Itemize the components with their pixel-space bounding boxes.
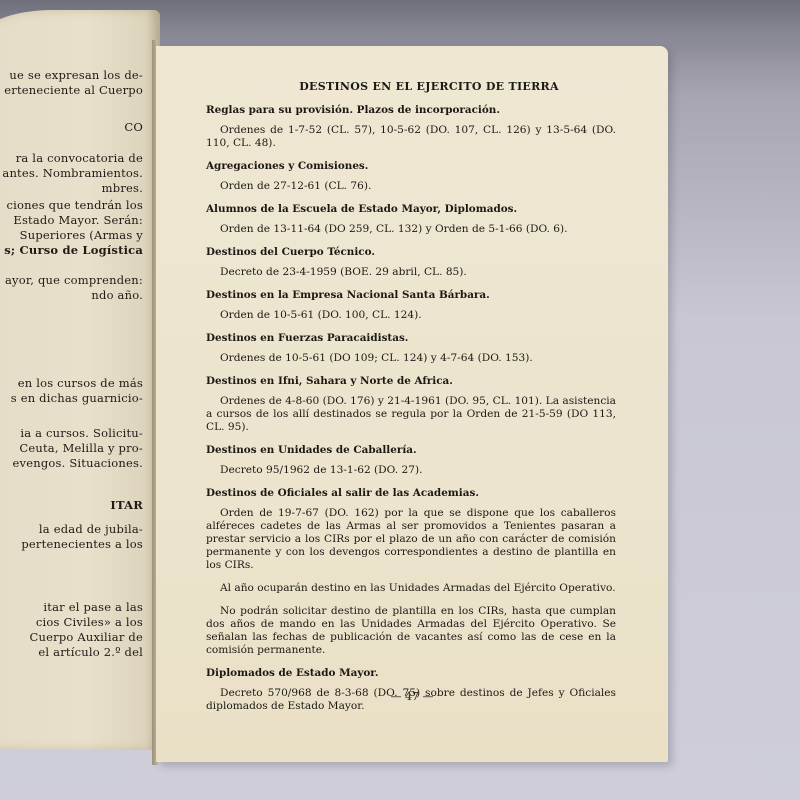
section-agregaciones: Agregaciones y Comisiones. Orden de 27-1… <box>206 160 616 193</box>
left-page-line: erteneciente al Cuerpo <box>4 83 143 97</box>
left-page-line: ndo año. <box>91 288 143 302</box>
left-page-line: mbres. <box>102 181 143 195</box>
left-page-line: Estado Mayor. Serán: <box>13 213 143 227</box>
section-heading: Destinos en Unidades de Caballería. <box>206 444 616 457</box>
left-page-line: CO <box>124 120 143 134</box>
section-heading: Destinos en Ifni, Sahara y Norte de Afri… <box>206 375 616 388</box>
section-paragraph: Ordenes de 10-5-61 (DO 109; CL. 124) y 4… <box>206 352 616 365</box>
left-page-line: ia a cursos. Solicitu- <box>20 426 143 440</box>
section-santa-barbara: Destinos en la Empresa Nacional Santa Bá… <box>206 289 616 322</box>
section-paragraph: Decreto 95/1962 de 13-1-62 (DO. 27). <box>206 464 616 477</box>
left-page-line: el artículo 2.º del <box>38 645 143 659</box>
left-page-line: en los cursos de más <box>18 376 143 390</box>
section-paragraph: No podrán solicitar destino de plantilla… <box>206 605 616 657</box>
section-paragraph: Orden de 19-7-67 (DO. 162) por la que se… <box>206 507 616 572</box>
page-content: DESTINOS EN EL EJERCITO DE TIERRA Reglas… <box>206 80 616 723</box>
left-page-line: ciones que tendrán los <box>6 198 143 212</box>
page-title: DESTINOS EN EL EJERCITO DE TIERRA <box>206 80 616 93</box>
section-heading: Destinos en la Empresa Nacional Santa Bá… <box>206 289 616 302</box>
section-heading: Destinos del Cuerpo Técnico. <box>206 246 616 259</box>
left-page-line: s en dichas guarnicio- <box>11 391 143 405</box>
left-page-line: evengos. Situaciones. <box>13 456 143 470</box>
left-page-line: cios Civiles» a los <box>36 615 143 629</box>
left-page-line: ue se expresan los de- <box>9 68 143 82</box>
right-page: DESTINOS EN EL EJERCITO DE TIERRA Reglas… <box>156 46 668 762</box>
left-page-line: ra la convocatoria de <box>16 151 143 165</box>
left-page-line: antes. Nombramientos. <box>2 166 143 180</box>
section-paragraph: Orden de 27-12-61 (CL. 76). <box>206 180 616 193</box>
section-heading: Alumnos de la Escuela de Estado Mayor, D… <box>206 203 616 216</box>
section-alumnos: Alumnos de la Escuela de Estado Mayor, D… <box>206 203 616 236</box>
section-paragraph: Orden de 13-11-64 (DO 259, CL. 132) y Or… <box>206 223 616 236</box>
section-reglas: Reglas para su provisión. Plazos de inco… <box>206 104 616 150</box>
section-paragraph: Orden de 10-5-61 (DO. 100, CL. 124). <box>206 309 616 322</box>
left-page-line: la edad de jubila- <box>39 522 143 536</box>
section-academias: Destinos de Oficiales al salir de las Ac… <box>206 487 616 657</box>
section-heading: Diplomados de Estado Mayor. <box>206 667 616 680</box>
section-cuerpo-tecnico: Destinos del Cuerpo Técnico. Decreto de … <box>206 246 616 279</box>
left-page-line: Ceuta, Melilla y pro- <box>19 441 143 455</box>
section-paracaidistas: Destinos en Fuerzas Paracaidistas. Orden… <box>206 332 616 365</box>
section-heading: Destinos de Oficiales al salir de las Ac… <box>206 487 616 500</box>
section-paragraph: Decreto de 23-4-1959 (BOE. 29 abril, CL.… <box>206 266 616 279</box>
section-heading: Agregaciones y Comisiones. <box>206 160 616 173</box>
left-page-line: Cuerpo Auxiliar de <box>30 630 143 644</box>
left-page-line: itar el pase a las <box>43 600 143 614</box>
left-page-line: ITAR <box>110 498 143 512</box>
section-heading: Reglas para su provisión. Plazos de inco… <box>206 104 616 117</box>
left-page-line: pertenecientes a los <box>21 537 143 551</box>
left-page-line: s; Curso de Logística <box>4 243 143 257</box>
section-paragraph: Ordenes de 1-7-52 (CL. 57), 10-5-62 (DO.… <box>206 124 616 150</box>
section-caballeria: Destinos en Unidades de Caballería. Decr… <box>206 444 616 477</box>
page-number: — 47 — <box>156 690 668 703</box>
section-paragraph: Al año ocuparán destino en las Unidades … <box>206 582 616 595</box>
section-ifni-sahara: Destinos en Ifni, Sahara y Norte de Afri… <box>206 375 616 434</box>
left-page: ue se expresan los de-erteneciente al Cu… <box>0 10 160 750</box>
left-page-line: Superiores (Armas y <box>20 228 143 242</box>
left-page-line: ayor, que comprenden: <box>5 273 143 287</box>
section-paragraph: Ordenes de 4-8-60 (DO. 176) y 21-4-1961 … <box>206 395 616 434</box>
section-heading: Destinos en Fuerzas Paracaidistas. <box>206 332 616 345</box>
